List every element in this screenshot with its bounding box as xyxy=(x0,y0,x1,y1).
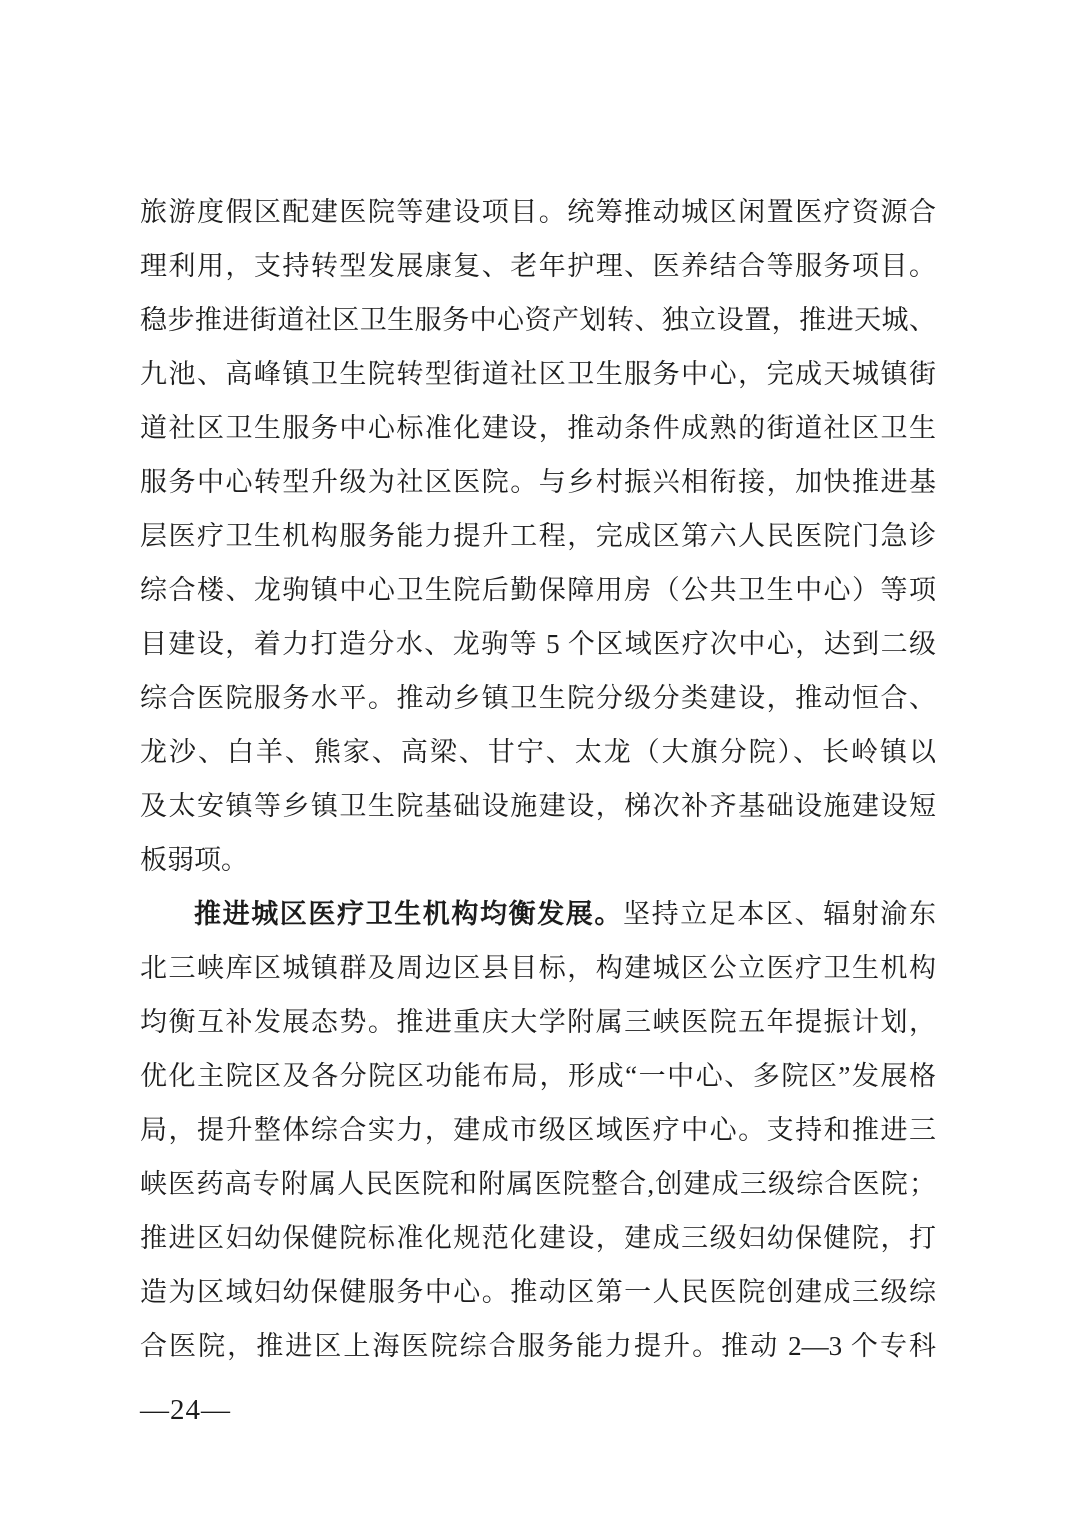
text-line: 及太安镇等乡镇卫生院基础设施建设，梯次补齐基础设施建设短 xyxy=(140,779,936,833)
page-number: —24— xyxy=(140,1392,231,1428)
paragraph-lead-bold: 推进城区医疗卫生机构均衡发展。 xyxy=(194,899,623,929)
text-line: 综合楼、龙驹镇中心卫生院后勤保障用房（公共卫生中心）等项 xyxy=(140,563,936,617)
paragraph-lead-rest: 坚持立足本区、辐射渝东 xyxy=(623,899,936,929)
text-line: 推进区妇幼保健院标准化规范化建设，建成三级妇幼保健院，打 xyxy=(140,1211,936,1265)
text-line: 龙沙、白羊、熊家、高梁、甘宁、太龙（大旗分院）、长岭镇以 xyxy=(140,725,936,779)
text-line: 峡医药高专附属人民医院和附属医院整合,创建成三级综合医院； xyxy=(140,1157,936,1211)
text-line: 合医院，推进区上海医院综合服务能力提升。推动 2—3 个专科 xyxy=(140,1319,936,1373)
text-line: 九池、高峰镇卫生院转型街道社区卫生服务中心，完成天城镇街 xyxy=(140,347,936,401)
text-line: 层医疗卫生机构服务能力提升工程，完成区第六人民医院门急诊 xyxy=(140,509,936,563)
text-line: 均衡互补发展态势。推进重庆大学附属三峡医院五年提振计划， xyxy=(140,995,936,1049)
text-line: 板弱项。 xyxy=(140,833,936,887)
text-line: 综合医院服务水平。推动乡镇卫生院分级分类建设，推动恒合、 xyxy=(140,671,936,725)
text-line: 北三峡库区城镇群及周边区县目标，构建城区公立医疗卫生机构 xyxy=(140,941,936,995)
paragraph-1: 旅游度假区配建医院等建设项目。统筹推动城区闲置医疗资源合 理利用，支持转型发展康… xyxy=(140,185,936,887)
text-line: 局，提升整体综合实力，建成市级区域医疗中心。支持和推进三 xyxy=(140,1103,936,1157)
body-text: 旅游度假区配建医院等建设项目。统筹推动城区闲置医疗资源合 理利用，支持转型发展康… xyxy=(140,185,936,1373)
text-line: 造为区域妇幼保健服务中心。推动区第一人民医院创建成三级综 xyxy=(140,1265,936,1319)
paragraph-2: 推进城区医疗卫生机构均衡发展。坚持立足本区、辐射渝东 北三峡库区城镇群及周边区县… xyxy=(140,887,936,1373)
text-line: 稳步推进街道社区卫生服务中心资产划转、独立设置，推进天城、 xyxy=(140,293,936,347)
text-line: 优化主院区及各分院区功能布局，形成“一中心、多院区”发展格 xyxy=(140,1049,936,1103)
text-line: 旅游度假区配建医院等建设项目。统筹推动城区闲置医疗资源合 xyxy=(140,185,936,239)
text-line: 理利用，支持转型发展康复、老年护理、医养结合等服务项目。 xyxy=(140,239,936,293)
text-line: 服务中心转型升级为社区医院。与乡村振兴相衔接，加快推进基 xyxy=(140,455,936,509)
text-line: 推进城区医疗卫生机构均衡发展。坚持立足本区、辐射渝东 xyxy=(140,887,936,941)
text-line: 目建设，着力打造分水、龙驹等 5 个区域医疗次中心，达到二级 xyxy=(140,617,936,671)
text-line: 道社区卫生服务中心标准化建设，推动条件成熟的街道社区卫生 xyxy=(140,401,936,455)
document-page: 旅游度假区配建医院等建设项目。统筹推动城区闲置医疗资源合 理利用，支持转型发展康… xyxy=(0,0,1074,1520)
